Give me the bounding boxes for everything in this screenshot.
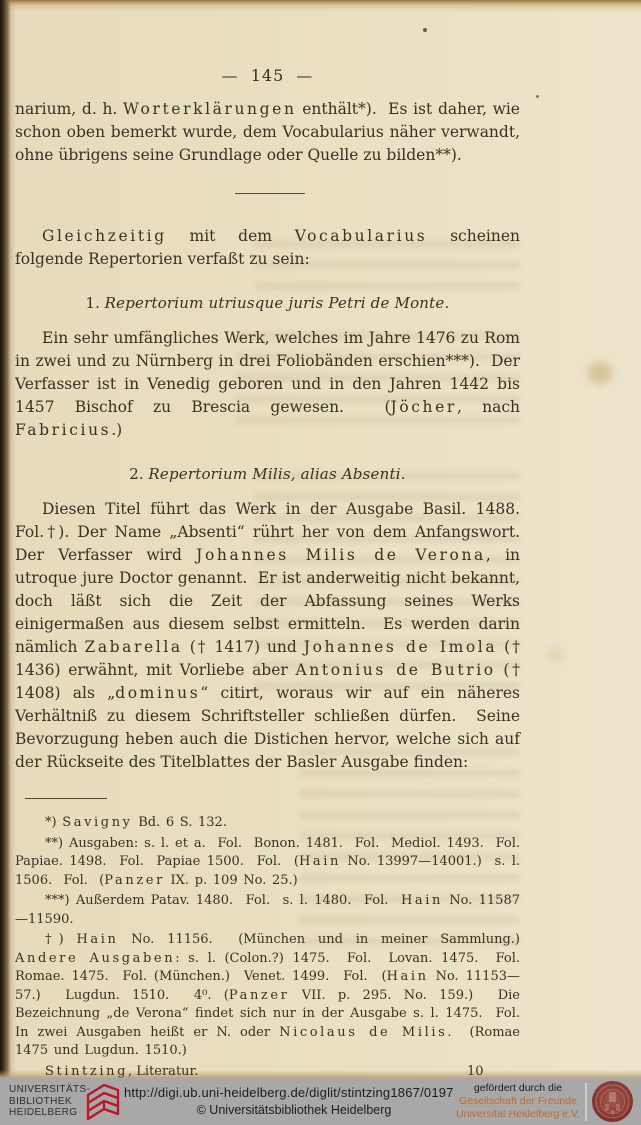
ub-heidelberg-logo-icon (84, 1080, 122, 1123)
library-name-line2: BIBLIOTHEK (9, 1096, 90, 1108)
paper-stain (588, 362, 612, 384)
paragraph-continuation: narium, d. h. Worterklärungen enthält*).… (15, 98, 520, 167)
item1-heading: 1. Repertorium utriusque juris Petri de … (15, 292, 520, 314)
paper-stain (548, 648, 562, 660)
screenshot-root: — 145 — narium, d. h. Worterklärungen en… (0, 0, 641, 1125)
funding-line3: Universität Heidelberg e.V. (452, 1108, 584, 1121)
book-gutter-shadow (0, 0, 16, 1078)
footnote-3: ***) Außerdem Patav. 1480. Fol. s. l. 14… (15, 892, 520, 929)
paper-speck (536, 95, 539, 98)
url-block: http://digi.ub.uni-heidelberg.de/diglit/… (124, 1085, 464, 1117)
footnote-divider (25, 798, 107, 799)
university-seal-icon (591, 1080, 634, 1123)
copyright-line: © Universitätsbibliothek Heidelberg (124, 1103, 464, 1117)
item1-body: Ein sehr umfängliches Werk, welches im J… (15, 327, 520, 442)
item2-body: Diesen Titel führt das Werk in der Ausga… (15, 498, 520, 774)
funding-note: gefördert durch die Gesellschaft der Fre… (452, 1082, 584, 1121)
book-signature: Stintzing, Literatur. (45, 1064, 198, 1079)
funding-line1: gefördert durch die (452, 1082, 584, 1095)
book-page-scan: — 145 — narium, d. h. Worterklärungen en… (0, 0, 641, 1078)
paragraph-intro: Gleichzeitig mit dem Vocabularius schein… (15, 225, 520, 271)
footer-bar: UNIVERSITÄTS- BIBLIOTHEK HEIDELBERG http… (0, 1078, 641, 1125)
funding-line2: Gesellschaft der Freunde (452, 1095, 584, 1108)
library-name-line1: UNIVERSITÄTS- (9, 1084, 90, 1096)
item2-heading: 2. Repertorium Milis, alias Absenti. (15, 463, 520, 485)
section-divider (235, 193, 305, 194)
footer-divider (585, 1083, 587, 1121)
library-name: UNIVERSITÄTS- BIBLIOTHEK HEIDELBERG (9, 1084, 90, 1119)
digitization-url: http://digi.ub.uni-heidelberg.de/diglit/… (124, 1085, 464, 1100)
footnote-1: *) Savigny Bd. 6 S. 132. (15, 814, 520, 833)
page-number: — 145 — (15, 66, 520, 86)
footnote-4: †) Hain No. 11156. (München und in meine… (15, 931, 520, 1061)
library-name-line3: HEIDELBERG (9, 1107, 90, 1119)
footnote-2: **) Ausgaben: s. l. et a. Fol. Bonon. 14… (15, 835, 520, 891)
text-column: — 145 — narium, d. h. Worterklärungen en… (15, 0, 520, 1081)
